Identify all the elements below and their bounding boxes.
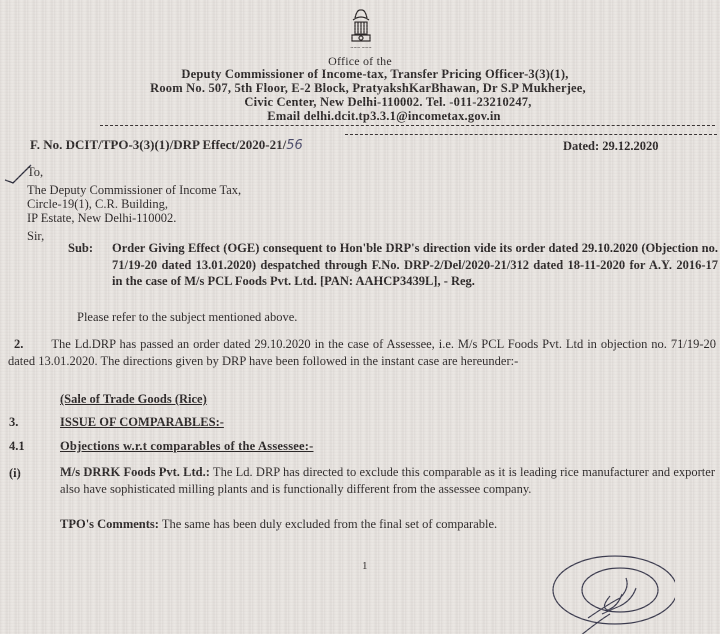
reference-divider [345,134,717,135]
subject-block: Sub: Order Giving Effect (OGE) consequen… [68,240,718,290]
to-label: To, [27,165,43,180]
subject-text: Order Giving Effect (OGE) consequent to … [112,240,718,290]
letterhead-address: Room No. 507, 5th Floor, E-2 Block, Prat… [8,81,720,96]
official-seal-signature-icon [540,548,675,634]
paragraph-number: 2. [14,337,23,351]
section-number: 3. [9,415,18,430]
national-emblem-icon: ~~~ ~~~ [348,6,374,54]
section-number: 4.1 [9,439,25,454]
paragraph-2: 2.The Ld.DRP has passed an order dated 2… [8,336,716,370]
document-page: ~~~ ~~~ Office of the Deputy Commissione… [0,0,720,634]
letterhead-designation: Deputy Commissioner of Income-tax, Trans… [15,67,720,82]
section-heading: ISSUE OF COMPARABLES:- [60,415,224,430]
svg-text:~~~ ~~~: ~~~ ~~~ [350,45,371,50]
addressee-line: Circle-19(1), C.R. Building, [27,197,168,212]
file-number-handwritten: 56 [286,138,303,153]
section-heading: Objections w.r.t comparables of the Asse… [60,439,314,454]
refer-line: Please refer to the subject mentioned ab… [77,310,297,325]
item-number: (i) [9,466,21,481]
addressee-line: IP Estate, New Delhi-110002. [27,211,176,226]
header-divider [100,125,715,126]
comparable-item: M/s DRRK Foods Pvt. Ltd.: The Ld. DRP ha… [60,464,715,498]
tpo-comments: TPO's Comments: The same has been duly e… [60,517,497,532]
subject-label: Sub: [68,240,93,257]
file-number: F. No. DCIT/TPO-3(3)(1)/DRP Effect/2020-… [30,137,303,153]
file-number-text: F. No. DCIT/TPO-3(3)(1)/DRP Effect/2020-… [30,137,286,152]
page-number: 1 [362,560,368,572]
sale-heading: (Sale of Trade Goods (Rice) [60,392,207,407]
comparable-name: M/s DRRK Foods Pvt. Ltd.: [60,465,210,479]
paragraph-text: The Ld.DRP has passed an order dated 29.… [8,337,716,368]
tpo-comments-label: TPO's Comments: [60,517,159,531]
letter-date: Dated: 29.12.2020 [563,139,658,154]
salutation: Sir, [27,229,44,244]
letterhead-email: Email delhi.dcit.tp3.3.1@incometax.gov.i… [24,109,720,124]
tpo-comments-text: The same has been duly excluded from the… [159,517,497,531]
letterhead-city-phone: Civic Center, New Delhi-110002. Tel. -01… [28,95,720,110]
addressee-line: The Deputy Commissioner of Income Tax, [27,183,241,198]
